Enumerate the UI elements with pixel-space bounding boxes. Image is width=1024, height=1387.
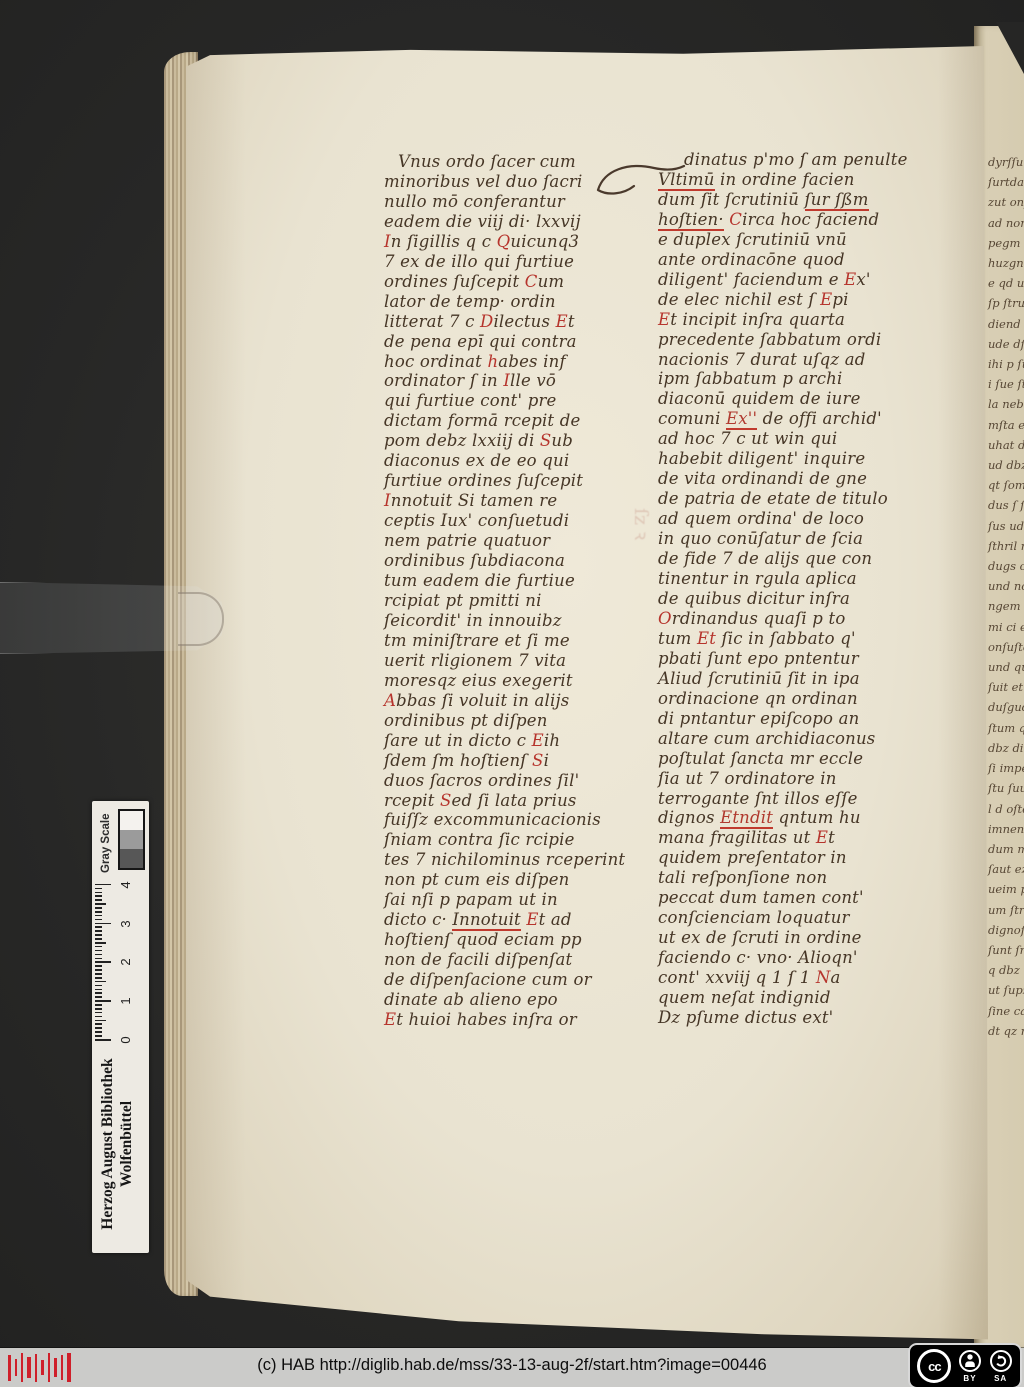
facing-page-line-fragment: uhat de oa <box>988 435 1024 455</box>
manuscript-text-line: hoſtienſ quod eciam pp <box>384 930 660 950</box>
library-name-line2: Wolfenbüttel <box>117 1041 136 1247</box>
facing-page-line-fragment: imnenit' <box>988 819 1024 839</box>
manuscript-left-column: Vnus ordo ſacer cumminoribus vel duo ſac… <box>384 152 660 1030</box>
cc-logo-icon: cc <box>917 1349 951 1383</box>
facing-page-line-fragment: ſthril m ſi <box>988 536 1024 556</box>
cc-by-person-icon <box>958 1349 982 1373</box>
facing-page-line-fragment: duſgud ſ d <box>988 697 1024 717</box>
manuscript-text-line: dictam formā rcepit de <box>384 411 660 431</box>
manuscript-text-line: lator de temp· ordin <box>384 292 660 312</box>
facing-page-text-fragments: dyrſſumſurtdatzut onſaad non ſipegm whuz… <box>988 152 1024 1041</box>
manuscript-text-line: peccat dum tamen cont' <box>658 888 968 908</box>
manuscript-text-line: diaconū quidem de iure <box>658 389 968 409</box>
manuscript-text-line: Aliud ſcrutiniū ſit in ipa <box>658 669 968 689</box>
facing-page-line-fragment: ſuit et m <box>988 677 1024 697</box>
manuscript-text-line: Et huioi habes inſra or <box>384 1010 660 1030</box>
library-name-line1: Herzog August Bibliothek <box>98 1041 117 1247</box>
manuscript-text-line: e duplex ſcrutiniū vnū <box>658 230 968 250</box>
manuscript-text-line: mana fragilitas ut Et <box>658 828 968 848</box>
manuscript-text-line: diaconus ex de eo qui <box>384 451 660 471</box>
manuscript-text-line: ſniam contra ſic rcipie <box>384 830 660 850</box>
cc-sa-sharealike-icon <box>989 1349 1013 1373</box>
copyright-url-text: (c) HAB http://diglib.hab.de/mss/33-13-a… <box>0 1356 1024 1375</box>
manuscript-text-line: de quibus dicitur inſra <box>658 589 968 609</box>
facing-page-line-fragment: um ſtruiond <box>988 900 1024 920</box>
facing-page-line-fragment: ſp ſtrutm <box>988 293 1024 313</box>
library-name-label: Herzog August Bibliothek Wolfenbüttel <box>98 1041 146 1247</box>
library-name-wrap: Herzog August Bibliothek Wolfenbüttel <box>96 1041 148 1247</box>
manuscript-text-line: pom debz lxxiij di Sub <box>384 431 660 451</box>
manuscript-text-line: habebit diligent' inquire <box>658 449 968 469</box>
manuscript-text-line: de vita ordinandi de gne <box>658 469 968 489</box>
facing-page-line-fragment: dbz dimud <box>988 738 1024 758</box>
manuscript-text-line: litterat 7 c Dilectus Et <box>384 312 660 332</box>
manuscript-text-line: ſia ut 7 ordinatore in <box>658 769 968 789</box>
manuscript-text-line: non de facili diſpenſat <box>384 950 660 970</box>
manuscript-text-line: cont' xxviij q 1 ſ 1 Na <box>658 968 968 988</box>
manuscript-text-line: terrogante ſnt illos eſſe <box>658 789 968 809</box>
manuscript-text-line: di pntantur epiſcopo an <box>658 709 968 729</box>
manuscript-text-line: tali reſponſione non <box>658 868 968 888</box>
ruler-number: 4 <box>118 877 134 893</box>
manuscript-text-line: dinate ab alieno epo <box>384 990 660 1010</box>
facing-page-line-fragment: ude dſſte <box>988 334 1024 354</box>
facing-page-line-fragment: ſi impedm <box>988 758 1024 778</box>
manuscript-text-line: precedente ſabbatum ordi <box>658 330 968 350</box>
manuscript-text-line: furtiue ordines ſuſcepit <box>384 471 660 491</box>
manuscript-text-line: dignos Etndit qntum hu <box>658 808 968 828</box>
pen-flourish <box>594 156 686 216</box>
manuscript-text-line: de elec nichil est ſ Epi <box>658 290 968 310</box>
manuscript-text-line: Abbas ſi voluit in alijs <box>384 691 660 711</box>
manuscript-text-line: in quo conūſatur de ſcia <box>658 529 968 549</box>
facing-page-line-fragment: ſtum quod <box>988 718 1024 738</box>
facing-page-line-fragment: ſus udma <box>988 516 1024 536</box>
manuscript-text-line: altare cum archidiaconus <box>658 729 968 749</box>
manuscript-text-line: Dz pſume dictus ext' <box>658 1008 968 1028</box>
ruler-number: 3 <box>118 916 134 932</box>
manuscript-text-line: ordines ſuſcepit Cum <box>384 272 660 292</box>
manuscript-text-line: tes 7 nichilominus rceperint <box>384 850 660 870</box>
facing-page-line-fragment: e qd uui <box>988 273 1024 293</box>
facing-page-line-fragment: dignoſ m <box>988 920 1024 940</box>
facing-page-line-fragment: diend c o <box>988 314 1024 334</box>
facing-page-line-fragment: ngem di m <box>988 596 1024 616</box>
facing-page-line-fragment: ſunt ſme <box>988 940 1024 960</box>
manuscript-text-line: de fide 7 de alijs que con <box>658 549 968 569</box>
manuscript-text-line: nem patrie quatuor <box>384 531 660 551</box>
manuscript-text-line: quem neſat indignid <box>658 988 968 1008</box>
manuscript-text-line: moresqz eius exegerit <box>384 671 660 691</box>
manuscript-text-line: comuni Ex'' de offi archid' <box>658 409 968 429</box>
manuscript-text-line: conſcienciam loquatur <box>658 908 968 928</box>
color-calibration-ruler: Gray Scale 01234 Herzog August Bibliothe… <box>92 801 149 1253</box>
manuscript-text-line: pbati ſunt epo pntentur <box>658 649 968 669</box>
cc-license-badge[interactable]: cc BY SA <box>908 1343 1022 1387</box>
manuscript-text-line: ad quem ordina' de loco <box>658 509 968 529</box>
manuscript-text-line: hoſtien· Circa hoc faciend <box>658 210 968 230</box>
manuscript-text-line: duos ſacros ordines ſil' <box>384 771 660 791</box>
manuscript-text-line: rcepit Sed ſi lata prius <box>384 791 660 811</box>
manuscript-text-line: poſtulat ſancta mr eccle <box>658 749 968 769</box>
facing-page-line-fragment: dum mene <box>988 839 1024 859</box>
manuscript-text-line: ordinator ſ in Ille vō <box>384 371 660 391</box>
manuscript-text-line: de pena epī qui contra <box>384 332 660 352</box>
manuscript-text-line: tinentur in rgula aplica <box>658 569 968 589</box>
manuscript-text-line: ut ex de ſcruti in ordine <box>658 928 968 948</box>
manuscript-text-line: ſeicordit' in innouibz <box>384 611 660 631</box>
manuscript-text-line: ordinibus ſubdiacona <box>384 551 660 571</box>
facing-page-line-fragment: dyrſſum <box>988 152 1024 172</box>
facing-page-line-fragment: zut onſa <box>988 192 1024 212</box>
facing-page-line-fragment: huzgnem <box>988 253 1024 273</box>
cc-by-label: BY <box>963 1374 976 1383</box>
manuscript-text-line: In ſigillis q c Quicunq3 <box>384 232 660 252</box>
cc-sa-item: SA <box>989 1349 1013 1383</box>
facing-page-line-fragment: dugs om <box>988 556 1024 576</box>
facing-page-line-fragment: qt ſomad <box>988 475 1024 495</box>
facing-page-line-fragment: la neba du <box>988 394 1024 414</box>
facing-page-line-fragment: und quiud <box>988 657 1024 677</box>
manuscript-text-line: quidem preſentator in <box>658 848 968 868</box>
manuscript-text-line: Vltimū in ordine facien <box>658 170 968 190</box>
facing-page-line-fragment: ueim poſt ſm <box>988 879 1024 899</box>
facing-page-line-fragment: ad non ſi <box>988 213 1024 233</box>
facing-page-line-fragment: ihi p ſubtz <box>988 354 1024 374</box>
manuscript-text-line: faciendo c· vno· Alioqn' <box>658 948 968 968</box>
facing-page-line-fragment: dus ſ ſine <box>988 495 1024 515</box>
facing-page-line-fragment: ud dbz arm <box>988 455 1024 475</box>
manuscript-text-line: hoc ordinat habes inf <box>384 352 660 372</box>
manuscript-text-line: de diſpenſacione cum or <box>384 970 660 990</box>
footer-bar: (c) HAB http://diglib.hab.de/mss/33-13-a… <box>0 1348 1024 1387</box>
manuscript-text-line: dum ſit ſcrutiniū ſur ſßm <box>658 190 968 210</box>
manuscript-text-line: ordinacione qn ordinan <box>658 689 968 709</box>
manuscript-text-line: ordinibus pt diſpen <box>384 711 660 731</box>
facing-page-line-fragment: dt qz nō <box>988 1021 1024 1041</box>
cc-by-item: BY <box>958 1349 982 1383</box>
manuscript-text-line: tum eadem die furtiue <box>384 571 660 591</box>
manuscript-text-line: non pt cum eis diſpen <box>384 870 660 890</box>
manuscript-text-line: dinatus p'mo ſ am penulte <box>658 150 968 170</box>
facing-page-line-fragment: q dbz ei <box>988 960 1024 980</box>
facing-page-line-fragment: pegm w <box>988 233 1024 253</box>
ink-showthrough: ſz ꝛ <box>620 508 654 658</box>
manuscript-text-line: tum Et ſic in ſabbato q' <box>658 629 968 649</box>
manuscript-text-line: qui furtiue cont' pre <box>384 391 660 411</box>
facing-page-line-fragment: und nō ſunt <box>988 576 1024 596</box>
facing-page-line-fragment: ſine cam <box>988 1001 1024 1021</box>
photo-background: dyrſſumſurtdatzut onſaad non ſipegm whuz… <box>0 0 1024 1387</box>
cc-sa-label: SA <box>994 1374 1007 1383</box>
manuscript-text-line: rcipiat pt pmitti ni <box>384 591 660 611</box>
facing-page-line-fragment: onſuſte ſb <box>988 637 1024 657</box>
manuscript-text-line: Innotuit Si tamen re <box>384 491 660 511</box>
manuscript-text-line: tm miniſtrare et ſi me <box>384 631 660 651</box>
manuscript-text-line: ſare ut in dicto c Eih <box>384 731 660 751</box>
manuscript-text-line: dicto c· Innotuit Et ad <box>384 910 660 930</box>
facing-page-line-fragment: l d oſtend <box>988 799 1024 819</box>
facing-page-line-fragment: i ſue ſtani <box>988 374 1024 394</box>
manuscript-text-line: ceptis Iux' conſuetudi <box>384 511 660 531</box>
manuscript-text-line: Ordinandus quaſi p to <box>658 609 968 629</box>
manuscript-text-line: ſai nſi p papam ut in <box>384 890 660 910</box>
manuscript-right-column: dinatus p'mo ſ am penulteVltimū in ordin… <box>658 150 968 1028</box>
manuscript-text-line: Et incipit inſra quarta <box>658 310 968 330</box>
ruler-number: 1 <box>118 993 134 1009</box>
manuscript-text-line: ad hoc 7 c ut win qui <box>658 429 968 449</box>
manuscript-text-line: diligent' faciendum e Ex' <box>658 270 968 290</box>
manuscript-text-line: fuiſſz excommunicacionis <box>384 810 660 830</box>
manuscript-text-line: nacionis 7 durat uſqz ad <box>658 350 968 370</box>
facing-page-line-fragment: ſaut ezein <box>988 859 1024 879</box>
manuscript-text-line: de patria de etate de titulo <box>658 489 968 509</box>
manuscript-text-line: uerit rligionem 7 vita <box>384 651 660 671</box>
facing-page-line-fragment: ſtu ſuun dt <box>988 778 1024 798</box>
facing-page-line-fragment: ſurtdat <box>988 172 1024 192</box>
manuscript-text-line: 7 ex de illo qui furtiue <box>384 252 660 272</box>
ruler-number: 2 <box>118 954 134 970</box>
facing-page-line-fragment: ut ſupza <box>988 980 1024 1000</box>
facing-page-line-fragment: mi ci e rp <box>988 617 1024 637</box>
manuscript-text-line: ante ordinacōne quod <box>658 250 968 270</box>
facing-page-line-fragment: mſta entia <box>988 415 1024 435</box>
manuscript-text-line: ipm ſabbatum p archi <box>658 369 968 389</box>
manuscript-text-line: ſdem ſm hoſtienſ Si <box>384 751 660 771</box>
